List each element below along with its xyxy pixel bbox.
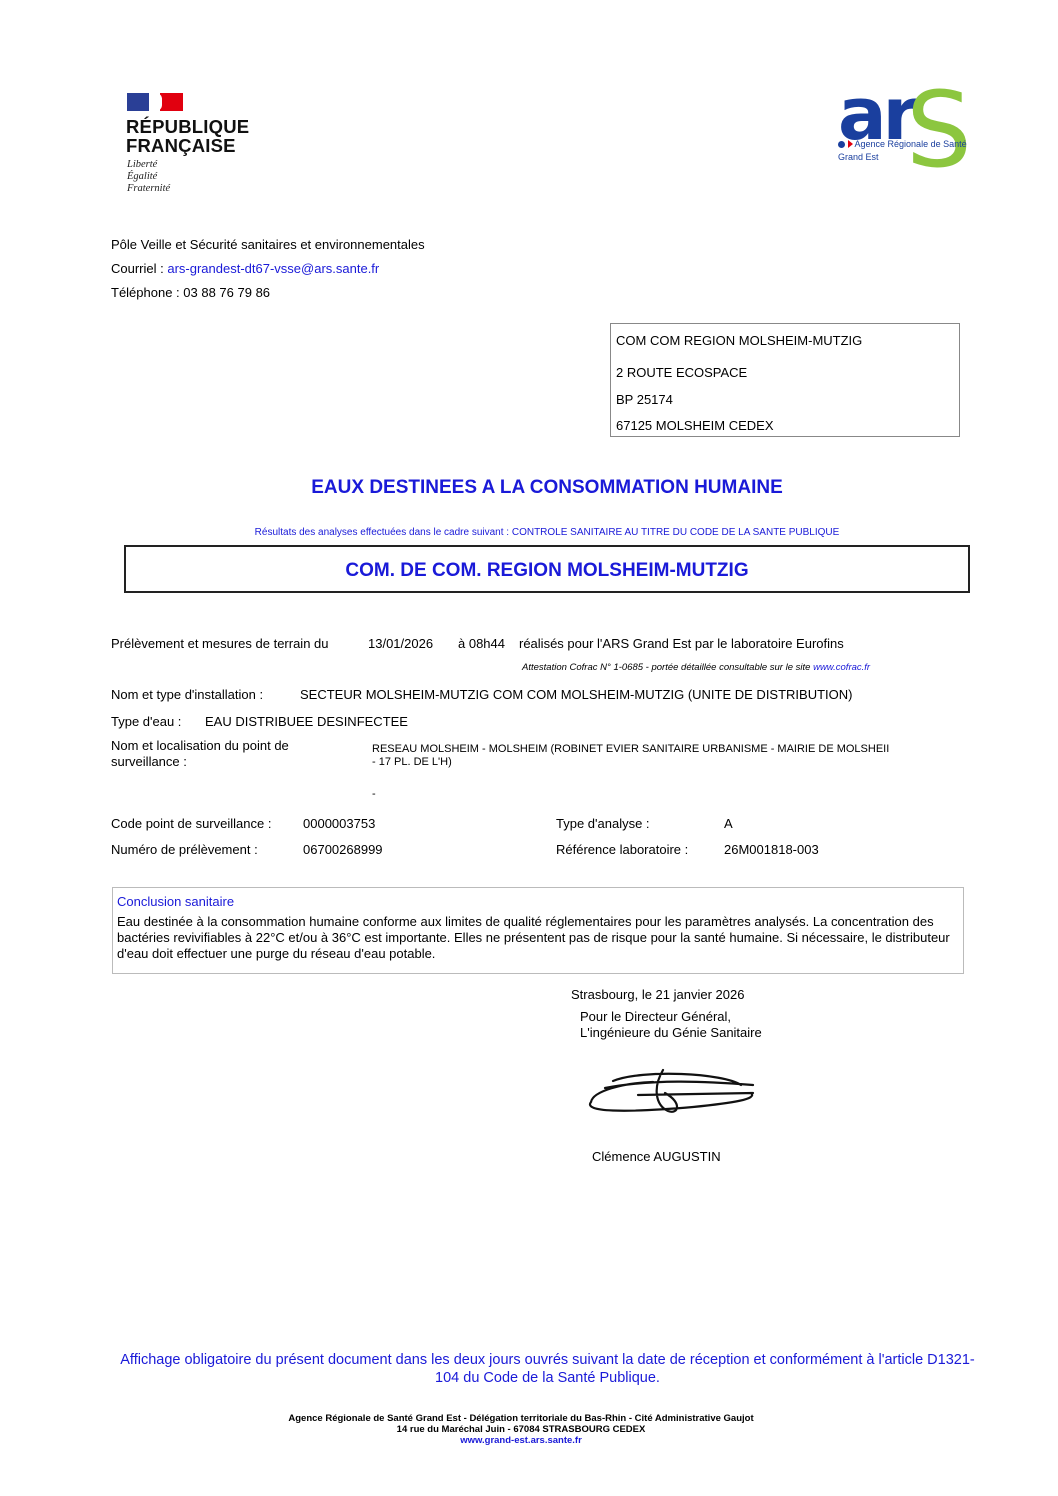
motto-liberte: Liberté (127, 159, 170, 171)
cofrac-text: Attestation Cofrac N° 1-0685 - portée dé… (522, 662, 813, 673)
footer-line1: Agence Régionale de Santé Grand Est - Dé… (0, 1413, 1042, 1424)
analysis-context: Résultats des analyses effectuées dans l… (0, 527, 1058, 538)
republique-line1: RÉPUBLIQUE (126, 117, 249, 136)
sampling-time: à 08h44 (458, 636, 505, 651)
signatory-name: Clémence AUGUSTIN (592, 1149, 721, 1164)
recipient-line: 67125 MOLSHEIM CEDEX (616, 418, 774, 433)
motto-egalite: Égalité (127, 171, 170, 183)
mandatory-display-notice: Affichage obligatoire du présent documen… (120, 1351, 975, 1387)
cofrac-attestation: Attestation Cofrac N° 1-0685 - portée dé… (522, 662, 870, 673)
document-title: EAUX DESTINEES A LA CONSOMMATION HUMAINE (0, 477, 1058, 499)
analysis-type-value: A (724, 816, 733, 831)
sender-department: Pôle Veille et Sécurité sanitaires et en… (111, 233, 425, 257)
ars-agency-name: Agence Régionale de Santé (855, 139, 967, 149)
recipient-line: BP 25174 (616, 392, 673, 407)
email-link[interactable]: ars-grandest-dt67-vsse@ars.sante.fr (167, 261, 379, 276)
conclusion-title: Conclusion sanitaire (117, 894, 234, 909)
surveillance-value-line1: RESEAU MOLSHEIM - MOLSHEIM (ROBINET EVIE… (372, 743, 957, 756)
handwritten-signature-icon (583, 1067, 763, 1117)
footer-line2: 14 rue du Maréchal Juin - 67084 STRASBOU… (0, 1424, 1042, 1435)
entity-box: COM. DE COM. REGION MOLSHEIM-MUTZIG (124, 545, 970, 593)
republique-motto: Liberté Égalité Fraternité (127, 159, 170, 195)
sampling-date: 13/01/2026 (368, 636, 433, 651)
analysis-type-label: Type d'analyse : (556, 816, 650, 831)
phone-value: 03 88 76 79 86 (183, 285, 270, 300)
recipient-line: COM COM REGION MOLSHEIM-MUTZIG (616, 333, 862, 348)
sender-contact: Pôle Veille et Sécurité sanitaires et en… (111, 233, 425, 305)
republique-title: RÉPUBLIQUE FRANÇAISE (126, 117, 249, 155)
lab-ref-label: Référence laboratoire : (556, 842, 688, 857)
republique-line2: FRANÇAISE (126, 136, 249, 155)
ars-region: Grand Est (838, 152, 879, 162)
sender-phone-row: Téléphone : 03 88 76 79 86 (111, 281, 425, 305)
conclusion-text: Eau destinée à la consommation humaine c… (117, 914, 967, 962)
recipient-address-box: COM COM REGION MOLSHEIM-MUTZIG 2 ROUTE E… (610, 323, 960, 437)
code-point-value: 0000003753 (303, 816, 375, 831)
phone-label: Téléphone : (111, 285, 183, 300)
motto-fraternite: Fraternité (127, 183, 170, 195)
sampling-label: Prélèvement et mesures de terrain du (111, 636, 329, 651)
marianne-flag-icon (127, 93, 183, 111)
surveillance-value-line2: - 17 PL. DE L'H) (372, 756, 957, 769)
surveillance-extra: - (372, 788, 376, 800)
email-label: Courriel : (111, 261, 167, 276)
footer-website-link[interactable]: www.grand-est.ars.sante.fr (0, 1435, 1042, 1446)
water-type-value: EAU DISTRIBUEE DESINFECTEE (205, 714, 408, 729)
sampling-lab: réalisés pour l'ARS Grand Est par le lab… (519, 636, 844, 651)
installation-value: SECTEUR MOLSHEIM-MUTZIG COM COM MOLSHEIM… (300, 687, 853, 702)
signature-role-line1: Pour le Directeur Général, (580, 1009, 762, 1025)
signature-role-line2: L'ingénieure du Génie Sanitaire (580, 1025, 762, 1041)
lab-ref-value: 26M001818-003 (724, 842, 819, 857)
signature-place-date: Strasbourg, le 21 janvier 2026 (571, 987, 744, 1002)
installation-label: Nom et type d'installation : (111, 687, 263, 702)
recipient-line: 2 ROUTE ECOSPACE (616, 365, 747, 380)
ars-s-letter: S (906, 78, 972, 182)
ars-arrow-icon (848, 140, 853, 148)
footer: Agence Régionale de Santé Grand Est - Dé… (0, 1413, 1042, 1446)
ars-agency: Agence Régionale de Santé (838, 139, 967, 149)
surveillance-point-label: Nom et localisation du point de surveill… (111, 738, 289, 770)
sample-number-value: 06700268999 (303, 842, 383, 857)
water-type-label: Type d'eau : (111, 714, 181, 729)
conclusion-box: Conclusion sanitaire Eau destinée à la c… (112, 887, 964, 974)
ars-dot-icon (838, 141, 845, 148)
entity-title: COM. DE COM. REGION MOLSHEIM-MUTZIG (126, 560, 968, 582)
sample-number-label: Numéro de prélèvement : (111, 842, 258, 857)
cofrac-link[interactable]: www.cofrac.fr (813, 662, 870, 673)
signature-role: Pour le Directeur Général, L'ingénieure … (580, 1009, 762, 1041)
surveillance-label-line2: surveillance : (111, 754, 289, 770)
surveillance-point-value: RESEAU MOLSHEIM - MOLSHEIM (ROBINET EVIE… (372, 743, 957, 769)
sender-email-row: Courriel : ars-grandest-dt67-vsse@ars.sa… (111, 257, 425, 281)
code-point-label: Code point de surveillance : (111, 816, 271, 831)
surveillance-label-line1: Nom et localisation du point de (111, 738, 289, 754)
